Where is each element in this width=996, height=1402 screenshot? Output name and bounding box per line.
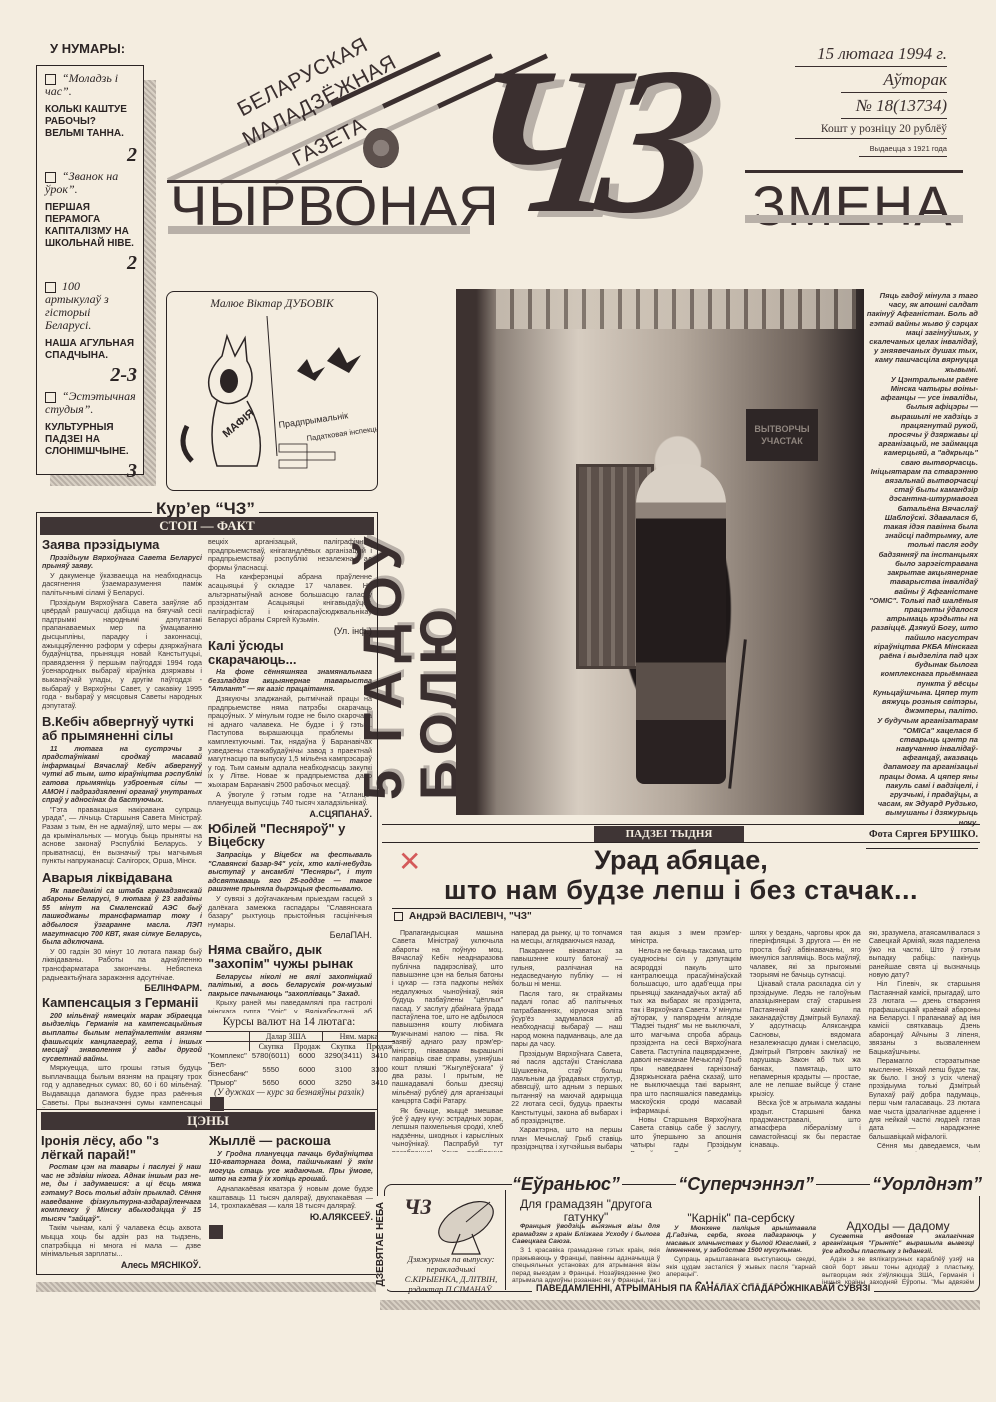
prices-shadow [36, 1282, 378, 1292]
week-rule-top [382, 824, 980, 825]
week-byline-rule [392, 908, 582, 909]
stop-fact-bar: СТОП — ФАКТ [40, 517, 374, 535]
masthead-gray-stripe [745, 215, 963, 223]
satellite-channels: “Еўраньюс” “Суперчэннэл” “Уорлднэт” [512, 1172, 982, 1196]
feature-vertical-title: 5 ГАДОЎ БОЛЮ [382, 340, 442, 800]
week-bar: ПАДЗЕІ ТЫДНЯ [594, 826, 744, 842]
week-columns: Прапагандысцкая машына Савета Міністраў … [392, 930, 980, 1152]
issue-since: Выдаецца з 1921 года [859, 139, 947, 157]
table-row: "Прыор"5650600032503410 [206, 1078, 395, 1087]
feature-photo: ВЫТВОРЧЫ УЧАСТАК [456, 289, 864, 815]
contents-box: “Моладзь і час”. КОЛЬКІ КАШТУЕ РАБОЧЫ? В… [36, 65, 144, 475]
cartoon-caption: Малюе Віктар ДУБОВІК [167, 298, 377, 310]
currency-title: Курсы валют на 14 лютага: [206, 1016, 372, 1028]
week-col-5: які, зразумела, атаясамлівалася з Савецк… [869, 930, 980, 1152]
cartoon-drawing: МАФІЯ Прадпрымальнік Падатковая інспекцы… [167, 316, 377, 486]
masthead-title-right: ЗМЕНА [752, 178, 953, 234]
order-badge-icon [363, 128, 399, 168]
news-item: В.Кебіч абвергнуў чуткі аб прымяненні сі… [42, 715, 202, 866]
contents-item[interactable]: “Эстэтычная студыя”. КУЛЬТУРНЫЯ ПАДЗЕІ Н… [45, 390, 137, 480]
cartoon-box: Малюе Віктар ДУБОВІК МАФІЯ Прадпрымальні… [166, 291, 378, 491]
contents-heading: У НУМАРЫ: [50, 42, 125, 56]
table-row: "Комплекс"5780(6011)60003290(3411)3410 [206, 1051, 395, 1060]
svg-text:МАФІЯ: МАФІЯ [221, 407, 257, 440]
satellite-shadow [380, 1300, 980, 1310]
photo-person [636, 464, 726, 784]
courier-col-2: вецкіх арганізацый, паліграфічных прадпр… [208, 538, 372, 1013]
contents-item[interactable]: “Званок на ўрок”. ПЕРШАЯ ПЕРАМОГА КАПІТА… [45, 170, 137, 280]
courier-section: Кур’ер “ЧЗ” СТОП — ФАКТ Заява прэзідыума… [36, 500, 378, 1110]
week-col-2: наперад да рынку, ці то топчамся на месц… [511, 930, 622, 1152]
feature-text: Пяць гадоў мінула з таго часу, як апошні… [866, 291, 978, 849]
news-item: Кампенсацыя з Германіі 200 мільёнаў няме… [42, 996, 202, 1108]
issue-number: № 18(13734) [841, 93, 947, 119]
masthead-rule [745, 170, 963, 173]
news-item: Няма свайго, дык "захопім" чужы рынак Бе… [208, 943, 372, 1013]
issue-weekday: Аўторак [841, 67, 947, 93]
week-rule [382, 842, 980, 843]
prices-right: Жыллё — раскоша У Гродна плануецца пачац… [209, 1134, 373, 1244]
satellite-vertical-label: ДЗЕВЯТАЕ НЕБА [376, 1196, 387, 1292]
table-row: "Бел-бізнесбанк"5550600031003300 [206, 1060, 395, 1078]
cz-small-logo: ЧЗ [404, 1194, 432, 1220]
week-col-3: тая акцыя з імем прэм'ер-міністра.Нельга… [630, 930, 741, 1152]
end-mark-icon [209, 1225, 223, 1239]
news-item: Юбілей "Песняроў" у Віцебску Запрасіць у… [208, 822, 372, 941]
checkbox-icon [394, 912, 403, 921]
week-col-4: шлях у бездань, чарговы крок да гіперінф… [750, 930, 861, 1152]
satellite-dish-icon [432, 1196, 502, 1256]
week-col-1: Прапагандысцкая машына Савета Міністраў … [392, 930, 503, 1152]
satellite-col-1: Для грамадзян "другога гатунку" Францыя … [512, 1198, 660, 1286]
news-item: вецкіх арганізацый, паліграфічных прадпр… [208, 538, 372, 636]
prices-bar: ЦЭНЫ [41, 1112, 375, 1130]
contents-item[interactable]: “Моладзь і час”. КОЛЬКІ КАШТУЕ РАБОЧЫ? В… [45, 72, 137, 170]
satellite-col-2: "Карнік" па-сербску У Мюнхене паліцыя ар… [666, 1198, 816, 1286]
news-item: Аварыя ліквідавана Як паведамілі са штаб… [42, 871, 202, 993]
svg-text:Прадпрымальнік: Прадпрымальнік [278, 410, 349, 430]
satellite-footer: ПАВЕДАМЛЕННІ, АТРЫМАНЫЯ ПА КАНАЛАХ СПАДА… [532, 1284, 874, 1293]
currency-block: Курсы валют на 14 лютага: Далар ЗШАНям. … [206, 1016, 372, 1116]
satellite-col-3: Адходы — дадому Сусветна вядомая экалагі… [822, 1198, 974, 1286]
news-item: Заява прэзідыума Прэзідыум Вярхоўнага Са… [42, 538, 202, 710]
photo-ceiling [496, 289, 856, 329]
satellite-logo-box: ЧЗ Дзяжурныя па выпуску: перакладчыкі С.… [396, 1190, 506, 1290]
contents-item[interactable]: 100 артыкулаў з гісторыі Беларусі. НАША … [45, 280, 137, 390]
duty-staff: Дзяжурныя па выпуску: перакладчыкі С.КІР… [398, 1254, 504, 1294]
photo-cane [728, 639, 747, 788]
masthead-gray-stripe [168, 226, 470, 234]
prices-section: ЦЭНЫ Іронія лёсу, або "з лёгкай парай!" … [36, 1110, 378, 1275]
satellite-section: “Еўраньюс” “Суперчэннэл” “Уорлднэт” ДЗЕВ… [382, 1172, 982, 1292]
week-headline-1: Урад абяцае, [382, 846, 980, 874]
end-mark-icon [210, 1097, 224, 1111]
week-byline: Андрэй ВАСІЛЕВІЧ, "ЧЗ" [394, 912, 532, 923]
issue-info: 15 лютага 1994 г. Аўторак № 18(13734) Ко… [795, 44, 947, 157]
prices-left: Іронія лёсу, або "з лёгкай парай!" Роста… [41, 1134, 201, 1273]
currency-table: Далар ЗШАНям. марка СкупкаПродажСкупкаПр… [206, 1031, 395, 1087]
currency-note: (У дужках — курс за безнаяўны разлік) [206, 1087, 372, 1097]
news-item: Калі ўсюды скарачаюць... На фоне сённяшн… [208, 639, 372, 819]
photo-sign: ВЫТВОРЧЫ УЧАСТАК [746, 409, 818, 461]
week-headline-2: што нам будзе лепш і без стачак... [382, 876, 980, 904]
photo-credit: Фота Сяргея БРУШКО. [866, 829, 978, 840]
cz-logo: ЧЗ [450, 36, 707, 246]
issue-date: 15 лютага 1994 г. [795, 44, 947, 67]
issue-price: Кошт у розніцу 20 рублёў [795, 119, 947, 139]
courier-col-1: Заява прэзідыума Прэзідыум Вярхоўнага Са… [42, 538, 202, 1108]
